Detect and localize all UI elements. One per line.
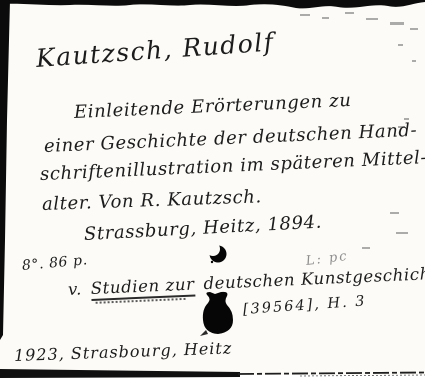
bottom-edge-faint xyxy=(300,375,425,376)
series-underlined-text: Studien zur xyxy=(90,274,195,301)
catalog-card-scan: Kautzsch, Rudolf Einleitende Erörterunge… xyxy=(0,0,425,390)
series-prefix: v. xyxy=(68,279,83,299)
